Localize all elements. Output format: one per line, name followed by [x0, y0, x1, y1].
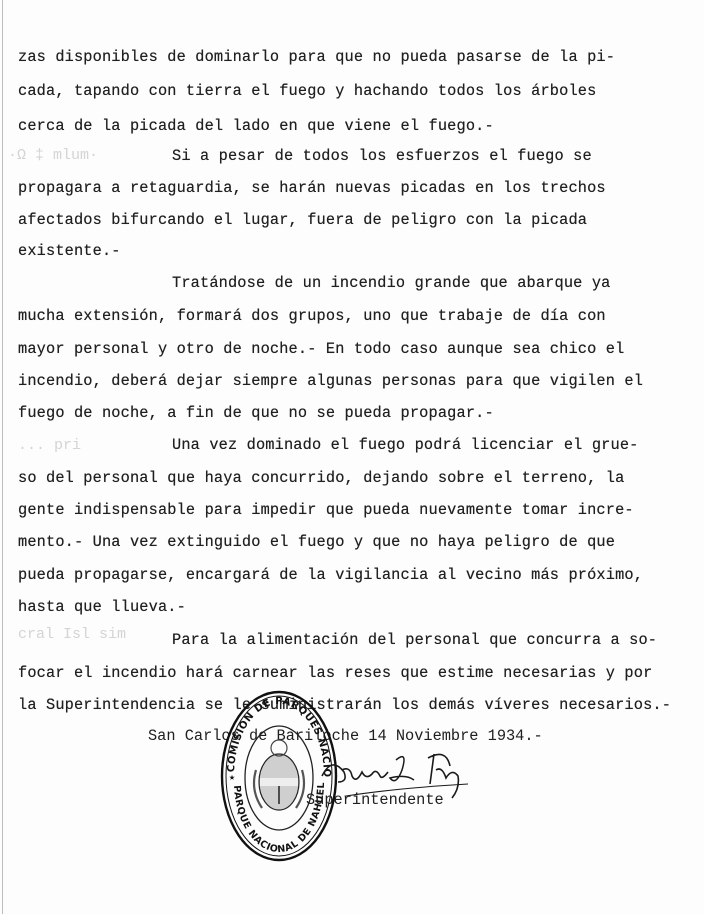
- text-line: cerca de la picada del lado en que viene…: [18, 116, 494, 136]
- text-line: zas disponibles de dominarlo para que no…: [18, 47, 615, 67]
- text-line: hasta que llueva.-: [18, 597, 186, 617]
- text-line: propagara a retaguardia, se harán nuevas…: [18, 178, 606, 198]
- text-line: mucha extensión, formará dos grupos, uno…: [18, 306, 606, 326]
- place-date-line: San Carlos de Bariloche 14 Noviembre 193…: [148, 726, 543, 746]
- document-page: ·Ω ‡ mlum· ... pri cral Isl sim zas disp…: [0, 0, 704, 914]
- text-line: Tratándose de un incendio grande que aba…: [172, 273, 611, 293]
- text-line: fuego de noche, a fin de que no se pueda…: [18, 403, 494, 423]
- text-line: la Superintendencia se le suministrarán …: [18, 695, 671, 715]
- text-line: existente.-: [18, 241, 121, 261]
- text-line: Si a pesar de todos los esfuerzos el fue…: [172, 146, 592, 166]
- text-line: mento.- Una vez extinguido el fuego y qu…: [18, 532, 615, 552]
- text-line: so del personal que haya concurrido, dej…: [18, 468, 624, 488]
- text-line: afectados bifurcando el lugar, fuera de …: [18, 210, 587, 230]
- bleed-through-text: cral Isl sim: [18, 625, 126, 645]
- text-line: mayor personal y otro de noche.- En todo…: [18, 339, 624, 359]
- text-line: focar el incendio hará carnear las reses…: [18, 663, 652, 683]
- text-line: gente indispensable para impedir que pue…: [18, 500, 634, 520]
- bleed-through-text: ·Ω ‡ mlum·: [8, 146, 98, 166]
- text-line: cada, tapando con tierra el fuego y hach…: [18, 81, 596, 101]
- text-line: Una vez dominado el fuego podrá licencia…: [172, 435, 638, 455]
- signature-title: Superintendente: [306, 790, 444, 810]
- page-edge-line: [2, 0, 3, 914]
- svg-text:★: ★: [229, 773, 235, 784]
- text-line: Para la alimentación del personal que co…: [172, 630, 657, 650]
- bleed-through-text: ... pri: [18, 436, 81, 456]
- text-line: incendio, deberá dejar siempre algunas p…: [18, 371, 643, 391]
- text-line: pueda propagarse, encargará de la vigila…: [18, 565, 643, 585]
